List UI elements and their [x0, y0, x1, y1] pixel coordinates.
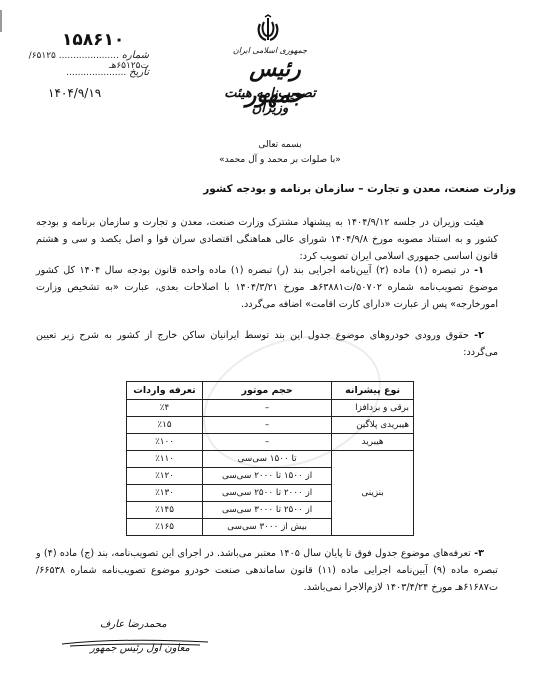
cell-type: هیبرید: [332, 434, 414, 451]
cell-engine: –: [203, 434, 332, 451]
cell-engine: از ۱۵۰۰ تا ۲۰۰۰ سی‌سی: [203, 468, 332, 485]
basmala: بسمه تعالی: [220, 140, 340, 150]
cell-type-gasoline: بنزینی: [332, 451, 414, 536]
cell-tariff: ٪۴: [127, 400, 203, 417]
cell-tariff: ٪۱۱۰: [127, 451, 203, 468]
cell-tariff: ٪۱۵: [127, 417, 203, 434]
clause-3: ۳- تعرفه‌های موضوع جدول فوق تا پایان سال…: [36, 545, 498, 596]
clause-3-text: تعرفه‌های موضوع جدول فوق تا پایان سال ۱۴…: [36, 548, 498, 593]
cell-tariff: ٪۱۳۰: [127, 485, 203, 502]
date-field: تاریخ .....................: [56, 67, 149, 78]
salawat: «با صلوات بر محمد و آل محمد»: [200, 155, 360, 165]
clause-2-number: ۲-: [474, 330, 484, 341]
cell-engine: تا ۱۵۰۰ سی‌سی: [203, 451, 332, 468]
cell-engine: از ۲۰۰۰ تا ۲۵۰۰ سی‌سی: [203, 485, 332, 502]
signatory-name: محمدرضا عارف: [100, 619, 167, 630]
date-dots: .....................: [66, 68, 126, 78]
clause-1-number: ۱-: [474, 265, 484, 276]
cell-engine: از ۲۵۰۰ تا ۳۰۰۰ سی‌سی: [203, 502, 332, 519]
header-engine-type: نوع پیشرانه: [332, 382, 414, 400]
country-name: جمهوری اسلامی ایران: [230, 46, 310, 55]
reference-number: ۱۵۸۶۱۰: [62, 30, 124, 50]
cell-tariff: ٪۱۲۰: [127, 468, 203, 485]
scan-edge-mark: [0, 10, 2, 32]
table-row: هیبرید – ٪۱۰۰: [127, 434, 414, 451]
cell-tariff: ٪۱۴۵: [127, 502, 203, 519]
signature-stroke-icon: [60, 633, 210, 643]
table-row: بنزینی تا ۱۵۰۰ سی‌سی ٪۱۱۰: [127, 451, 414, 468]
number-dots: .....................: [59, 51, 119, 61]
header-import-tariff: تعرفه واردات: [127, 382, 203, 400]
clause-1: ۱- در تبصره (۱) ماده (۲) آیین‌نامه اجرای…: [36, 262, 498, 313]
cell-engine: بیش از ۳۰۰۰ سی‌سی: [203, 519, 332, 536]
cell-engine: –: [203, 417, 332, 434]
addressee: وزارت صنعت، معدن و تجارت – سازمان برنامه…: [203, 183, 516, 195]
date-handwritten: ۱۴۰۴/۹/۱۹: [48, 86, 101, 100]
document-type: تصویب‌نامه هیئت وزیران: [210, 86, 330, 116]
clause-1-text: در تبصره (۱) ماده (۲) آیین‌نامه اجرایی ب…: [36, 265, 498, 310]
cell-engine: –: [203, 400, 332, 417]
table-row: هیبریدی پلاگین – ٪۱۵: [127, 417, 414, 434]
clause-3-number: ۳-: [474, 548, 484, 559]
signatory-title: معاون اول رئیس جمهور: [90, 643, 190, 654]
table-header-row: نوع پیشرانه حجم موتور تعرفه واردات: [127, 382, 414, 400]
date-label: تاریخ: [129, 67, 149, 78]
cell-tariff: ٪۱۶۵: [127, 519, 203, 536]
cell-tariff: ٪۱۰۰: [127, 434, 203, 451]
iran-emblem-icon: [256, 14, 280, 44]
intro-paragraph: هیئت وزیران در جلسه ۱۴۰۴/۹/۱۲ به پیشنهاد…: [36, 214, 498, 265]
clause-2: ۲- حقوق ورودی خودروهای موضوع جدول این بن…: [36, 327, 498, 361]
cell-type: هیبریدی پلاگین: [332, 417, 414, 434]
header-engine-volume: حجم موتور: [203, 382, 332, 400]
tariff-table: نوع پیشرانه حجم موتور تعرفه واردات برقی …: [126, 381, 414, 536]
number-label: شماره: [122, 50, 149, 61]
clause-2-text: حقوق ورودی خودروهای موضوع جدول این بند ت…: [36, 330, 498, 358]
table-row: برقی و برد‌افزا – ٪۴: [127, 400, 414, 417]
cell-type: برقی و برد‌افزا: [332, 400, 414, 417]
